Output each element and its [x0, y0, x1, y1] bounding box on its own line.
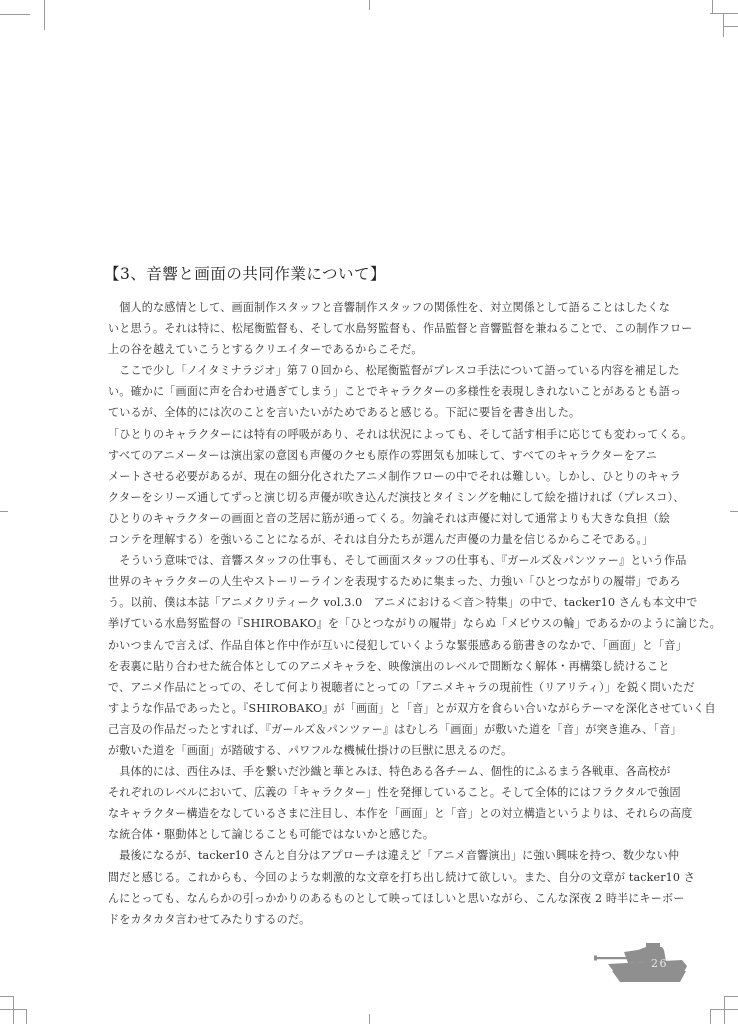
body-line: 具体的には、西住みほ、手を繋いだ沙織と華とみほ、特色ある各チーム、個性的にふるま…	[108, 761, 656, 782]
body-line: ドをカタカタ言わせてみたりするのだ。	[108, 909, 656, 930]
quote-line: すべてのアニメーターは演出家の意図も声優のクセも原作の雰囲気も加味して、すべての…	[108, 445, 656, 466]
quote-line: 「ひとりのキャラクターには特有の呼吸があり、それは状況によっても、そして話す相手…	[108, 424, 656, 445]
body-line: な統合体・駆動体として論じることも可能ではないかと感じた。	[108, 824, 656, 845]
page-number: 26	[651, 957, 668, 970]
body-line: で、アニメ作品にとっての、そして何より視聴者にとっての「アニメキャラの現前性（リ…	[108, 677, 656, 698]
quote-line: メートさせる必要があるが、現在の細分化されたアニメ制作フローの中でそれは難しい。…	[108, 466, 656, 487]
body-line: すような作品であったと。『SHIROBAKO』が「画面」と「音」とが双方を食らい…	[108, 698, 656, 719]
body-line: い。確かに「画面に声を合わせ過ぎてしまう」ことでキャラクターの多様性を表現しきれ…	[108, 381, 656, 402]
body-line: そういう意味では、音響スタッフの仕事も、そして画面スタッフの仕事も、『ガールズ＆…	[108, 550, 656, 571]
body-line: を表裏に貼り合わせた統合体としてのアニメキャラを、映像演出のレベルで間断なく解体…	[108, 656, 656, 677]
body-line: ここで少し「ノイタミナラジオ」第７０回から、松尾衡監督がプレスコ手法について語っ…	[108, 360, 656, 381]
body-line: 個人的な感情として、画面制作スタッフと音響制作スタッフの関係性を、対立関係として…	[108, 297, 656, 318]
body-line: 世界のキャラクターの人生やストーリーラインを表現するために集まった、力強い「ひと…	[108, 571, 656, 592]
body-line: いと思う。それは特に、松尾衡監督も、そして水島努監督も、作品監督と音響監督を兼ね…	[108, 318, 656, 339]
body-line: 挙げている水島努監督の『SHIROBAKO』を「ひとつながりの履帯」ならぬ「メビ…	[108, 613, 656, 634]
body-line: それぞれのレベルにおいて、広義の「キャラクター」性を発揮していること。そして全体…	[108, 782, 656, 803]
section-title: 【3、音響と画面の共同作業について】	[104, 262, 386, 284]
body-line: 己言及の作品だったとすれば、『ガールズ＆パンツァー』はむしろ「画面」が敷いた道を…	[108, 719, 656, 740]
body-line: 上の谷を越えていこうとするクリエイターであるからこそだ。	[108, 339, 656, 360]
body-line: んにとっても、なんらかの引っかかりのあるものとして映ってほしいと思いながら、こん…	[108, 888, 656, 909]
quote-line: クターをシリーズ通してずっと演じ切る声優が吹き込んだ演技とタイミングを軸にして絵…	[108, 487, 656, 508]
body-line: 間だと感じる。これからも、今回のような刺激的な文章を打ち出し続けて欲しい。また、…	[108, 867, 656, 888]
tank-icon	[594, 940, 690, 984]
body-line: う。以前、僕は本誌「アニメクリティーク vol.3.0 アニメにおける＜音＞特集…	[108, 592, 656, 613]
quote-line: ひとりのキャラクターの画面と音の芝居に筋が通ってくる。勿論それは声優に対して通常…	[108, 508, 656, 529]
quote-line: コンテを理解する）を強いることになるが、それは自分たちが選んだ声優の力量を信じる…	[108, 529, 656, 550]
body-line: が敷いた道を「画面」が踏破する、パワフルな機械仕掛けの巨獣に思えるのだ。	[108, 740, 656, 761]
body-line: なキャラクター構造をなしているさまに注目し、本作を「画面」と「音」との対立構造と…	[108, 803, 656, 824]
body-line: 最後になるが、tacker10 さんと自分はアプローチは違えど「アニメ音響演出」…	[108, 845, 656, 866]
article-body: 個人的な感情として、画面制作スタッフと音響制作スタッフの関係性を、対立関係として…	[108, 297, 656, 930]
body-line: かいつまんで言えば、作品自体と作中作が互いに侵犯していくような緊張感ある筋書きの…	[108, 635, 656, 656]
body-line: ているが、全体的には次のことを言いたいがためであると感じる。下記に要旨を書き出し…	[108, 402, 656, 423]
